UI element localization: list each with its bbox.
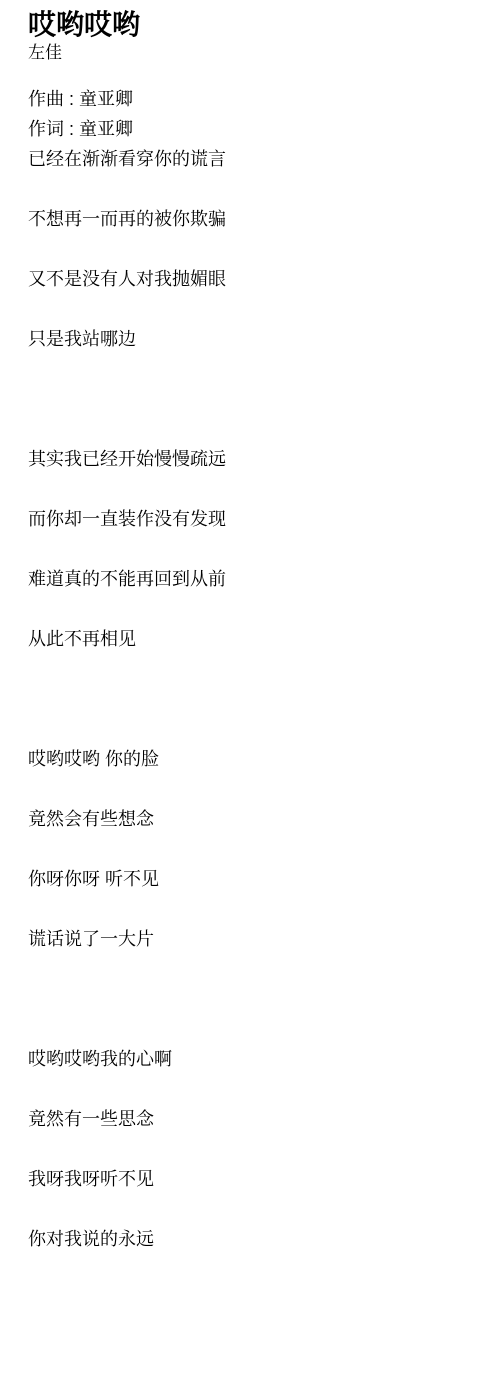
lyric-line: 竟然有一些思念: [28, 1104, 480, 1134]
lyric-line: 已经在渐渐看穿你的谎言: [28, 144, 480, 174]
lyric-line: 难道真的不能再回到从前: [28, 564, 480, 594]
lyric-line: 而你却一直装作没有发现: [28, 504, 480, 534]
lyric-line: 只是我站哪边: [28, 324, 480, 354]
lyric-line: 哎哟哎哟 你的脸: [28, 744, 480, 774]
lyric-line: 哎哟哎哟我的心啊: [28, 1044, 480, 1074]
artist-name: 左佳: [28, 42, 480, 64]
lyric-line: 又不是没有人对我抛媚眼: [28, 264, 480, 294]
credit-line-composer: 作曲 : 童亚卿: [28, 84, 480, 114]
lyric-line: 其实我已经开始慢慢疏远: [28, 444, 480, 474]
lyric-line: 从此不再相见: [28, 624, 480, 654]
lyric-line: 谎话说了一大片: [28, 924, 480, 954]
lyric-line: 我呀我呀听不见: [28, 1164, 480, 1194]
lyric-line: 竟然会有些想念: [28, 804, 480, 834]
song-title: 哎哟哎哟: [28, 8, 480, 42]
lyrics-block: 作曲 : 童亚卿 作词 : 童亚卿 已经在渐渐看穿你的谎言 不想再一而再的被你欺…: [28, 84, 480, 1254]
lyric-line: 不想再一而再的被你欺骗: [28, 204, 480, 234]
lyric-line: 你对我说的永远: [28, 1224, 480, 1254]
lyric-line: 你呀你呀 听不见: [28, 864, 480, 894]
credit-line-lyricist: 作词 : 童亚卿: [28, 114, 480, 144]
